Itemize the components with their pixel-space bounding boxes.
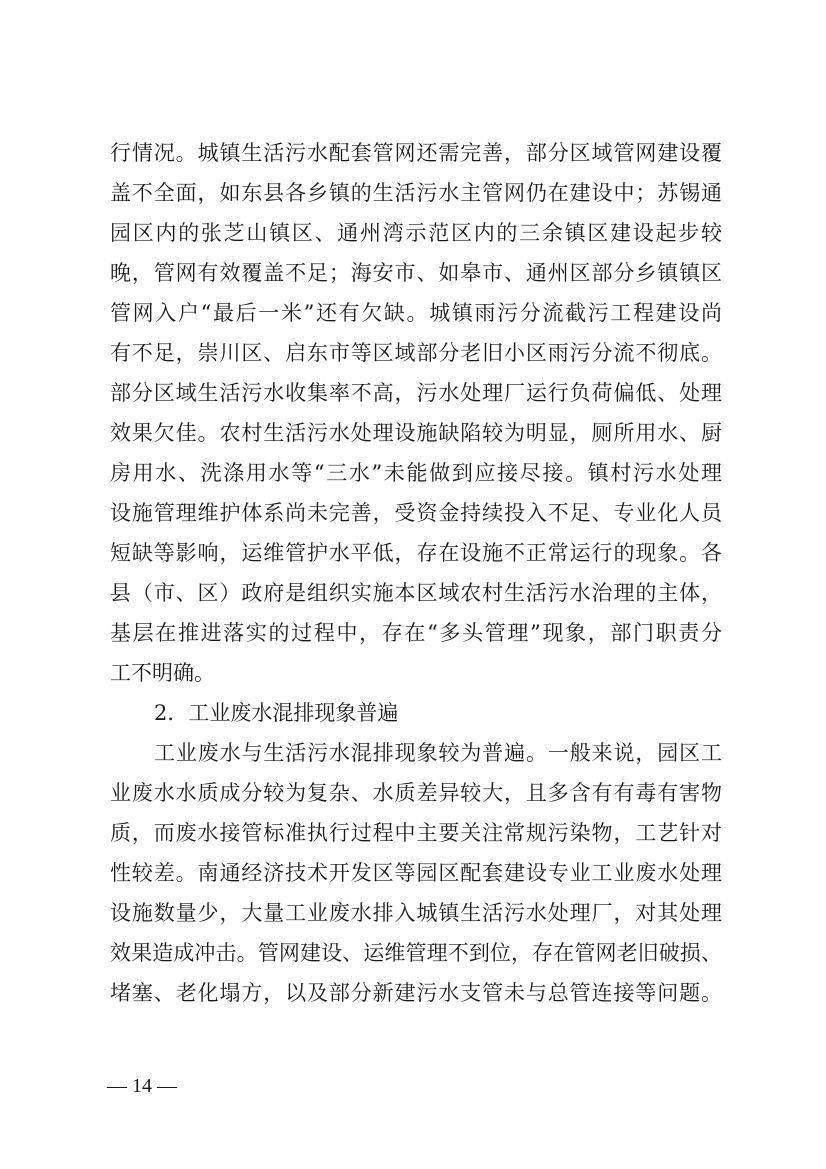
text-line: 房用水、洗涤用水等“三水”未能做到应接尽接。镇村污水处理	[110, 453, 722, 493]
text-line: 性较差。南通经济技术开发区等园区配套建设专业工业废水处理	[110, 853, 722, 893]
text-line: 有不足，崇川区、启东市等区域部分老旧小区雨污分流不彻底。	[110, 333, 722, 373]
text-line: 基层在推进落实的过程中，存在“多头管理”现象，部门职责分	[110, 613, 722, 653]
text-line: 县（市、区）政府是组织实施本区域农村生活污水治理的主体，	[110, 573, 722, 613]
text-line: 管网入户“最后一米”还有欠缺。城镇雨污分流截污工程建设尚	[110, 293, 722, 333]
text-line: 行情况。城镇生活污水配套管网还需完善，部分区域管网建设覆	[110, 133, 722, 173]
section-heading: 2．工业废水混排现象普遍	[110, 693, 722, 733]
text-line: 设施管理维护体系尚未完善，受资金持续投入不足、专业化人员	[110, 493, 722, 533]
text-line: 效果欠佳。农村生活污水处理设施缺陷较为明显，厕所用水、厨	[110, 413, 722, 453]
text-line: 园区内的张芝山镇区、通州湾示范区内的三余镇区建设起步较	[110, 213, 722, 253]
text-line: 效果造成冲击。管网建设、运维管理不到位，存在管网老旧破损、	[110, 933, 722, 973]
text-line: 业废水水质成分较为复杂、水质差异较大，且多含有有毒有害物	[110, 773, 722, 813]
text-line: 工业废水与生活污水混排现象较为普遍。一般来说，园区工	[110, 733, 722, 773]
text-line: 盖不全面，如东县各乡镇的生活污水主管网仍在建设中；苏锡通	[110, 173, 722, 213]
document-page: 行情况。城镇生活污水配套管网还需完善，部分区域管网建设覆 盖不全面，如东县各乡镇…	[0, 0, 826, 1169]
text-line: 设施数量少，大量工业废水排入城镇生活污水处理厂，对其处理	[110, 893, 722, 933]
text-line: 部分区域生活污水收集率不高，污水处理厂运行负荷偏低、处理	[110, 373, 722, 413]
text-line: 晚，管网有效覆盖不足；海安市、如皋市、通州区部分乡镇镇区	[110, 253, 722, 293]
page-number: — 14 —	[107, 1071, 177, 1101]
body-text: 行情况。城镇生活污水配套管网还需完善，部分区域管网建设覆 盖不全面，如东县各乡镇…	[110, 133, 722, 1013]
text-line: 质，而废水接管标准执行过程中主要关注常规污染物，工艺针对	[110, 813, 722, 853]
text-line: 短缺等影响，运维管护水平低，存在设施不正常运行的现象。各	[110, 533, 722, 573]
text-line: 工不明确。	[110, 653, 722, 693]
text-line: 堵塞、老化塌方，以及部分新建污水支管未与总管连接等问题。	[110, 973, 722, 1013]
